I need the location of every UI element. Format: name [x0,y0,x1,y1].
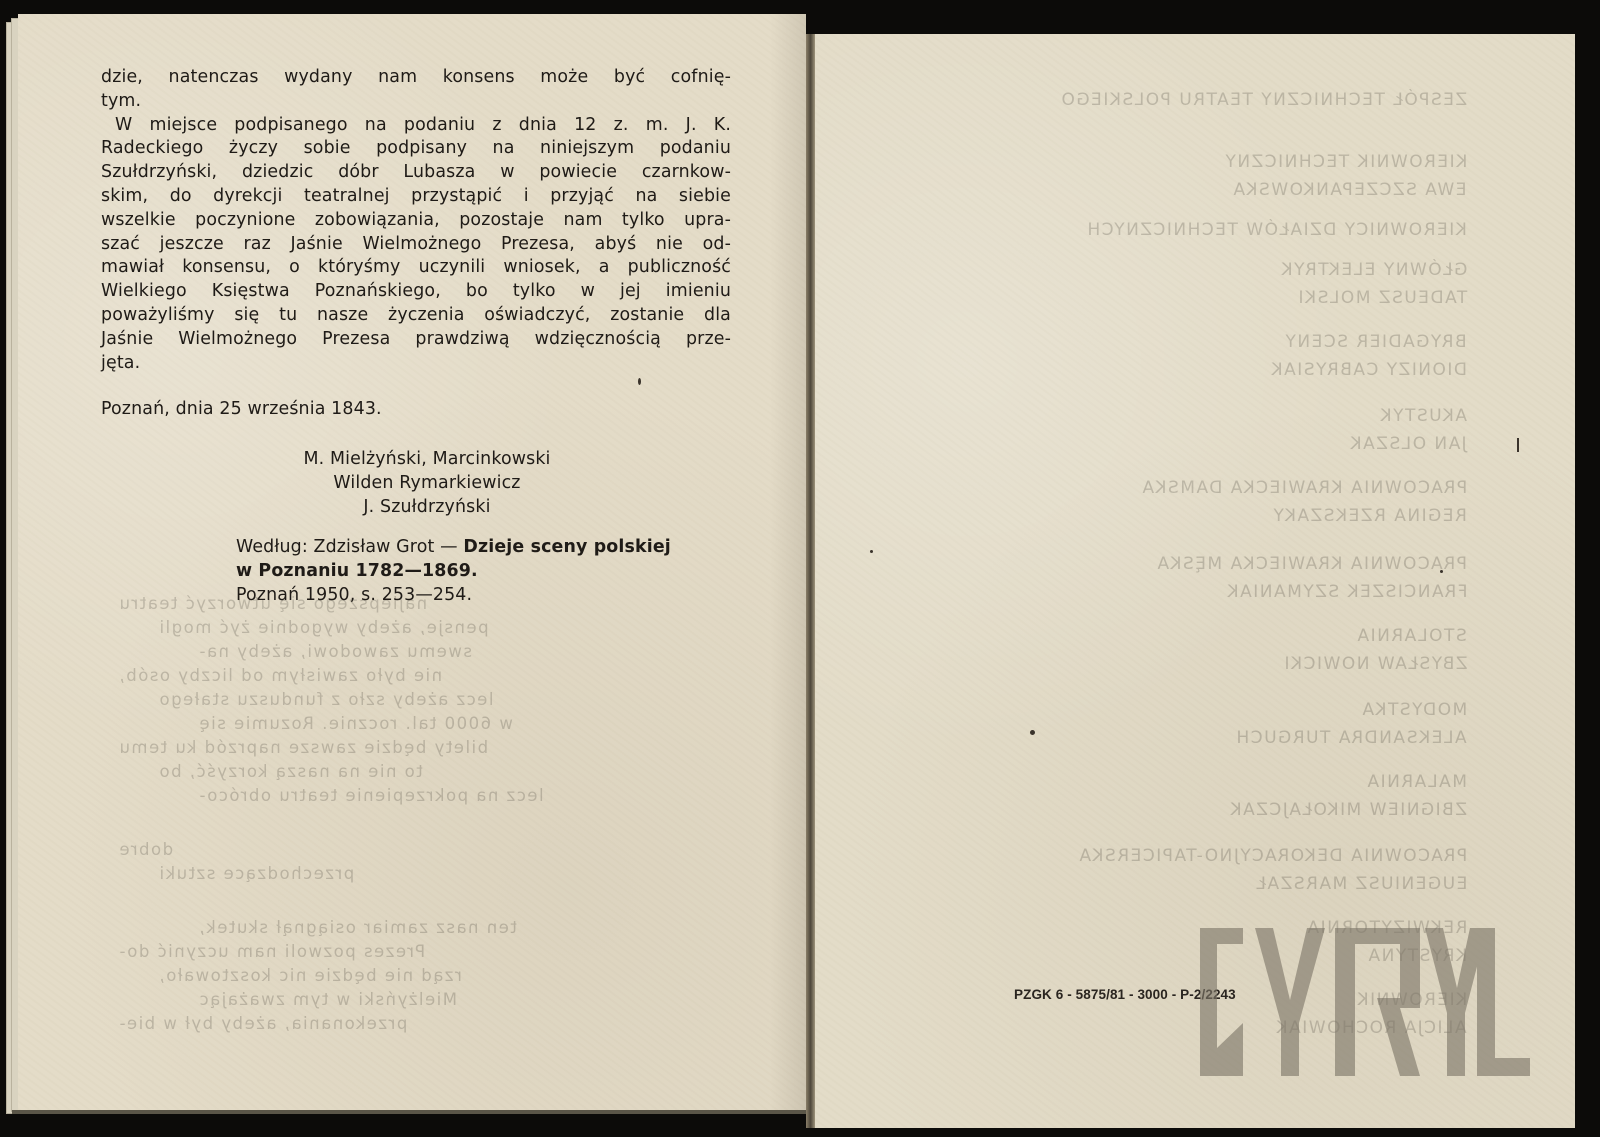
body-line: jęta. [101,352,731,376]
bleed-through-line: PRACOWNIA DEKORACYJNO-TAPICERSKA [1078,846,1467,866]
bleed-through-line: ZESPÓŁ TECHNICZNY TEATRU POLSKIEGO [1060,90,1467,110]
body-line: wszelkie poczynione zobowiązania, pozost… [101,209,731,233]
bleed-through-line: MODYSTKA [1361,700,1467,720]
body-line: Jaśnie Wielmożnego Prezesa prawdziwą wdz… [101,328,731,352]
paper-speck [638,378,641,385]
signature-line: M. Mielżyński, Marcinkowski [267,448,587,472]
bleed-through-line: rząd nie będzie nic kosztowało, [158,966,462,985]
cyryl-watermark-logo [1195,928,1530,1076]
citation-publication: Poznań 1950, s. 253—254. [236,584,736,608]
bleed-through-line: BRYGADIER SCENY [1284,332,1467,352]
left-page-bottom-edge [12,1110,806,1114]
place-and-date: Poznań, dnia 25 września 1843. [101,398,382,422]
bleed-through-line: przekonania, ażeby był w bie- [118,1014,407,1033]
body-line: mawiał konsensu, o któryśmy uczynili wni… [101,256,731,280]
bleed-through-line: FRANCISZEK SZYMANIAK [1226,582,1468,602]
citation-prefix: Według: Zdzisław Grot — [236,537,463,557]
bleed-through-line: KIEROWNICY DZIAŁÓW TECHNICZNYCH [1086,220,1467,240]
body-line: Radeckiego życzy sobie podpisany na nini… [101,137,731,161]
bleed-through-line: Mielżyński w tym zważając [198,990,457,1009]
paper-speck [870,550,873,553]
bleed-through-line: JAN OLSZAK [1349,434,1467,454]
bleed-through-line: pensje, ażeby wygodnie żyć mogli [158,618,489,637]
bleed-through-line: przechodzące sztuki [158,864,354,883]
paper-speck [1440,570,1443,573]
booklet-spread: najlepszego się utworzyć teatrupensje, a… [0,0,1600,1137]
signatures: M. Mielżyński, Marcinkowski Wilden Rymar… [267,448,587,519]
signature-line: J. Szułdrzyński [267,496,587,520]
bleed-through-line: TADEUSZ MOLSKI [1297,288,1467,308]
letter-body: dzie, natenczas wydany nam konsens może … [101,66,731,375]
bleed-through-line: DIONIZY CABRYSIAK [1270,360,1467,380]
citation-title-continued: w Poznaniu 1782—1869. [236,560,736,584]
book-spine-gutter [806,34,815,1128]
bleed-through-line: AKUSTYK [1379,406,1467,426]
signature-line: Wilden Rymarkiewicz [267,472,587,496]
body-line: Szułdrzyński, dziedzic dóbr Lubasza w po… [101,161,731,185]
body-line: szać jeszcze raz Jaśnie Wielmożnego Prez… [101,233,731,257]
bleed-through-line: MALARNIA [1366,772,1467,792]
bleed-through-line: lecz ażeby szło z funduszu stałego [158,690,494,709]
left-page-fold-shadow [770,14,806,1110]
paper-speck [1517,438,1519,452]
body-line: skim, do dyrekcji teatralnej przystąpić … [101,185,731,209]
bleed-through-line: KIEROWNIK TECHNICZNY [1224,152,1467,172]
source-citation: Według: Zdzisław Grot — Dzieje sceny pol… [236,536,736,607]
bleed-through-line: PRACOWNIA KRAWIECKA DAMSKA [1141,478,1467,498]
citation-title: Dzieje sceny polskiej [463,537,671,557]
paper-speck [1030,730,1035,735]
bleed-through-line: Prezes pozwoli nam uczynić do- [118,942,425,961]
bleed-through-line: ten nasz zamiar osiągnął skutek, [198,918,517,937]
body-line: poważyliśmy się tu nasze życzenia oświad… [101,304,731,328]
body-line: W miejsce podpisanego na podaniu z dnia … [101,114,731,138]
bleed-through-line: dobre [118,840,173,859]
bleed-through-line: nie było zawisłym od liczby osób, [118,666,442,685]
bleed-through-line: GŁÓWNY ELEKTRYK [1280,260,1467,280]
bleed-through-line: w 6000 tal. rocznie. Rozumie się [198,714,513,733]
body-line: tym. [101,90,731,114]
bleed-through-line: STOLARNIA [1356,626,1467,646]
bleed-through-line: REGINA RZEKSZAKY [1272,506,1467,526]
bleed-through-line: ZBIGNIEW MIKOŁAJCZAK [1229,800,1467,820]
bleed-through-line: ALEKSANDRA TURGUCH [1235,728,1467,748]
bleed-through-line: swemu zawodowi, ażeby na- [198,642,472,661]
body-line: Wielkiego Księstwa Poznańskiego, bo tylk… [101,280,731,304]
bleed-through-line: to nie na naszą korzyść, bo [158,762,423,781]
bleed-through-line: bilety będzie zawsze naprzód ku temu [118,738,488,757]
bleed-through-line: EUGENIUSZ MARSZAŁ [1255,874,1467,894]
body-line: dzie, natenczas wydany nam konsens może … [101,66,731,90]
bleed-through-line: PRACOWNIA KRAWIECKA MĘSKA [1156,554,1467,574]
bleed-through-line: EWA SZCZEPANKOWSKA [1232,180,1467,200]
bleed-through-line: lecz na pokrzepienie teatru obróco- [198,786,544,805]
bleed-through-line: ZBYSŁAW NOWICKI [1283,654,1467,674]
